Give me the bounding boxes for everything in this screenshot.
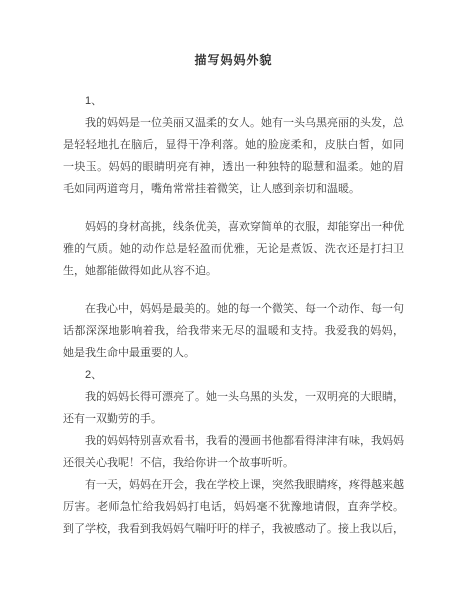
- section-1-paragraph-3: 在我心中，妈妈是最美的。她的每一个微笑、每一个动作、每一句 话都深深地影响着我，…: [63, 298, 404, 364]
- text-line: 我的妈妈长得可漂亮了。她一头乌黑的头发，一双明亮的大眼睛，: [63, 386, 404, 408]
- doc-body: 1、 我的妈妈是一位美丽又温柔的女人。她有一头乌黑亮丽的头发，总 是轻轻地扎在脑…: [63, 90, 404, 540]
- document-page: 描写妈妈外貌 1、 我的妈妈是一位美丽又温柔的女人。她有一头乌黑亮丽的头发，总 …: [0, 0, 463, 600]
- text-line: 话都深深地影响着我，给我带来无尽的温暖和支持。我爱我的妈妈，: [63, 320, 404, 342]
- text-line: 她是我生命中最重要的人。: [63, 342, 404, 364]
- doc-title: 描写妈妈外貌: [63, 53, 404, 68]
- text-line: 雅的气质。她的动作总是轻盈而优雅，无论是煮饭、洗衣还是打扫卫: [63, 238, 404, 260]
- section-1-paragraph-1: 我的妈妈是一位美丽又温柔的女人。她有一头乌黑亮丽的头发，总 是轻轻地扎在脑后，显…: [63, 112, 404, 200]
- section-1-number: 1、: [63, 90, 404, 112]
- text-line: 妈妈的身材高挑，线条优美，喜欢穿简单的衣服，却能穿出一种优: [63, 216, 404, 238]
- text-line: 到了学校，我看到我妈妈气喘吁吁的样子，我被感动了。接上我以后，: [63, 518, 404, 540]
- section-2-paragraph-2: 我的妈妈特别喜欢看书，我看的漫画书他都看得津津有味，我妈妈 还很关心我呢！不信，…: [63, 430, 404, 474]
- text-line: 还有一双勤劳的手。: [63, 408, 404, 430]
- text-line: 我的妈妈是一位美丽又温柔的女人。她有一头乌黑亮丽的头发，总: [63, 112, 404, 134]
- section-2-paragraph-1: 我的妈妈长得可漂亮了。她一头乌黑的头发，一双明亮的大眼睛， 还有一双勤劳的手。: [63, 386, 404, 430]
- text-line: 我的妈妈特别喜欢看书，我看的漫画书他都看得津津有味，我妈妈: [63, 430, 404, 452]
- section-2-number: 2、: [63, 364, 404, 386]
- text-line: 厉害。老师急忙给我妈妈打电话，妈妈毫不犹豫地请假，直奔学校。: [63, 496, 404, 518]
- text-line: 还很关心我呢！不信，我给你讲一个故事听听。: [63, 452, 404, 474]
- text-line: 生，她都能做得如此从容不迫。: [63, 260, 404, 282]
- text-line: 是轻轻地扎在脑后，显得干净利落。她的脸庞柔和，皮肤白皙，如同: [63, 134, 404, 156]
- section-1-paragraph-2: 妈妈的身材高挑，线条优美，喜欢穿简单的衣服，却能穿出一种优 雅的气质。她的动作总…: [63, 216, 404, 282]
- section-2-paragraph-3: 有一天，妈妈在开会，我在学校上课，突然我眼睛疼，疼得越来越 厉害。老师急忙给我妈…: [63, 474, 404, 540]
- text-line: 毛如同两道弯月，嘴角常常挂着微笑，让人感到亲切和温暖。: [63, 178, 404, 200]
- text-line: 在我心中，妈妈是最美的。她的每一个微笑、每一个动作、每一句: [63, 298, 404, 320]
- text-line: 一块玉。妈妈的眼睛明亮有神，透出一种独特的聪慧和温柔。她的眉: [63, 156, 404, 178]
- text-line: 有一天，妈妈在开会，我在学校上课，突然我眼睛疼，疼得越来越: [63, 474, 404, 496]
